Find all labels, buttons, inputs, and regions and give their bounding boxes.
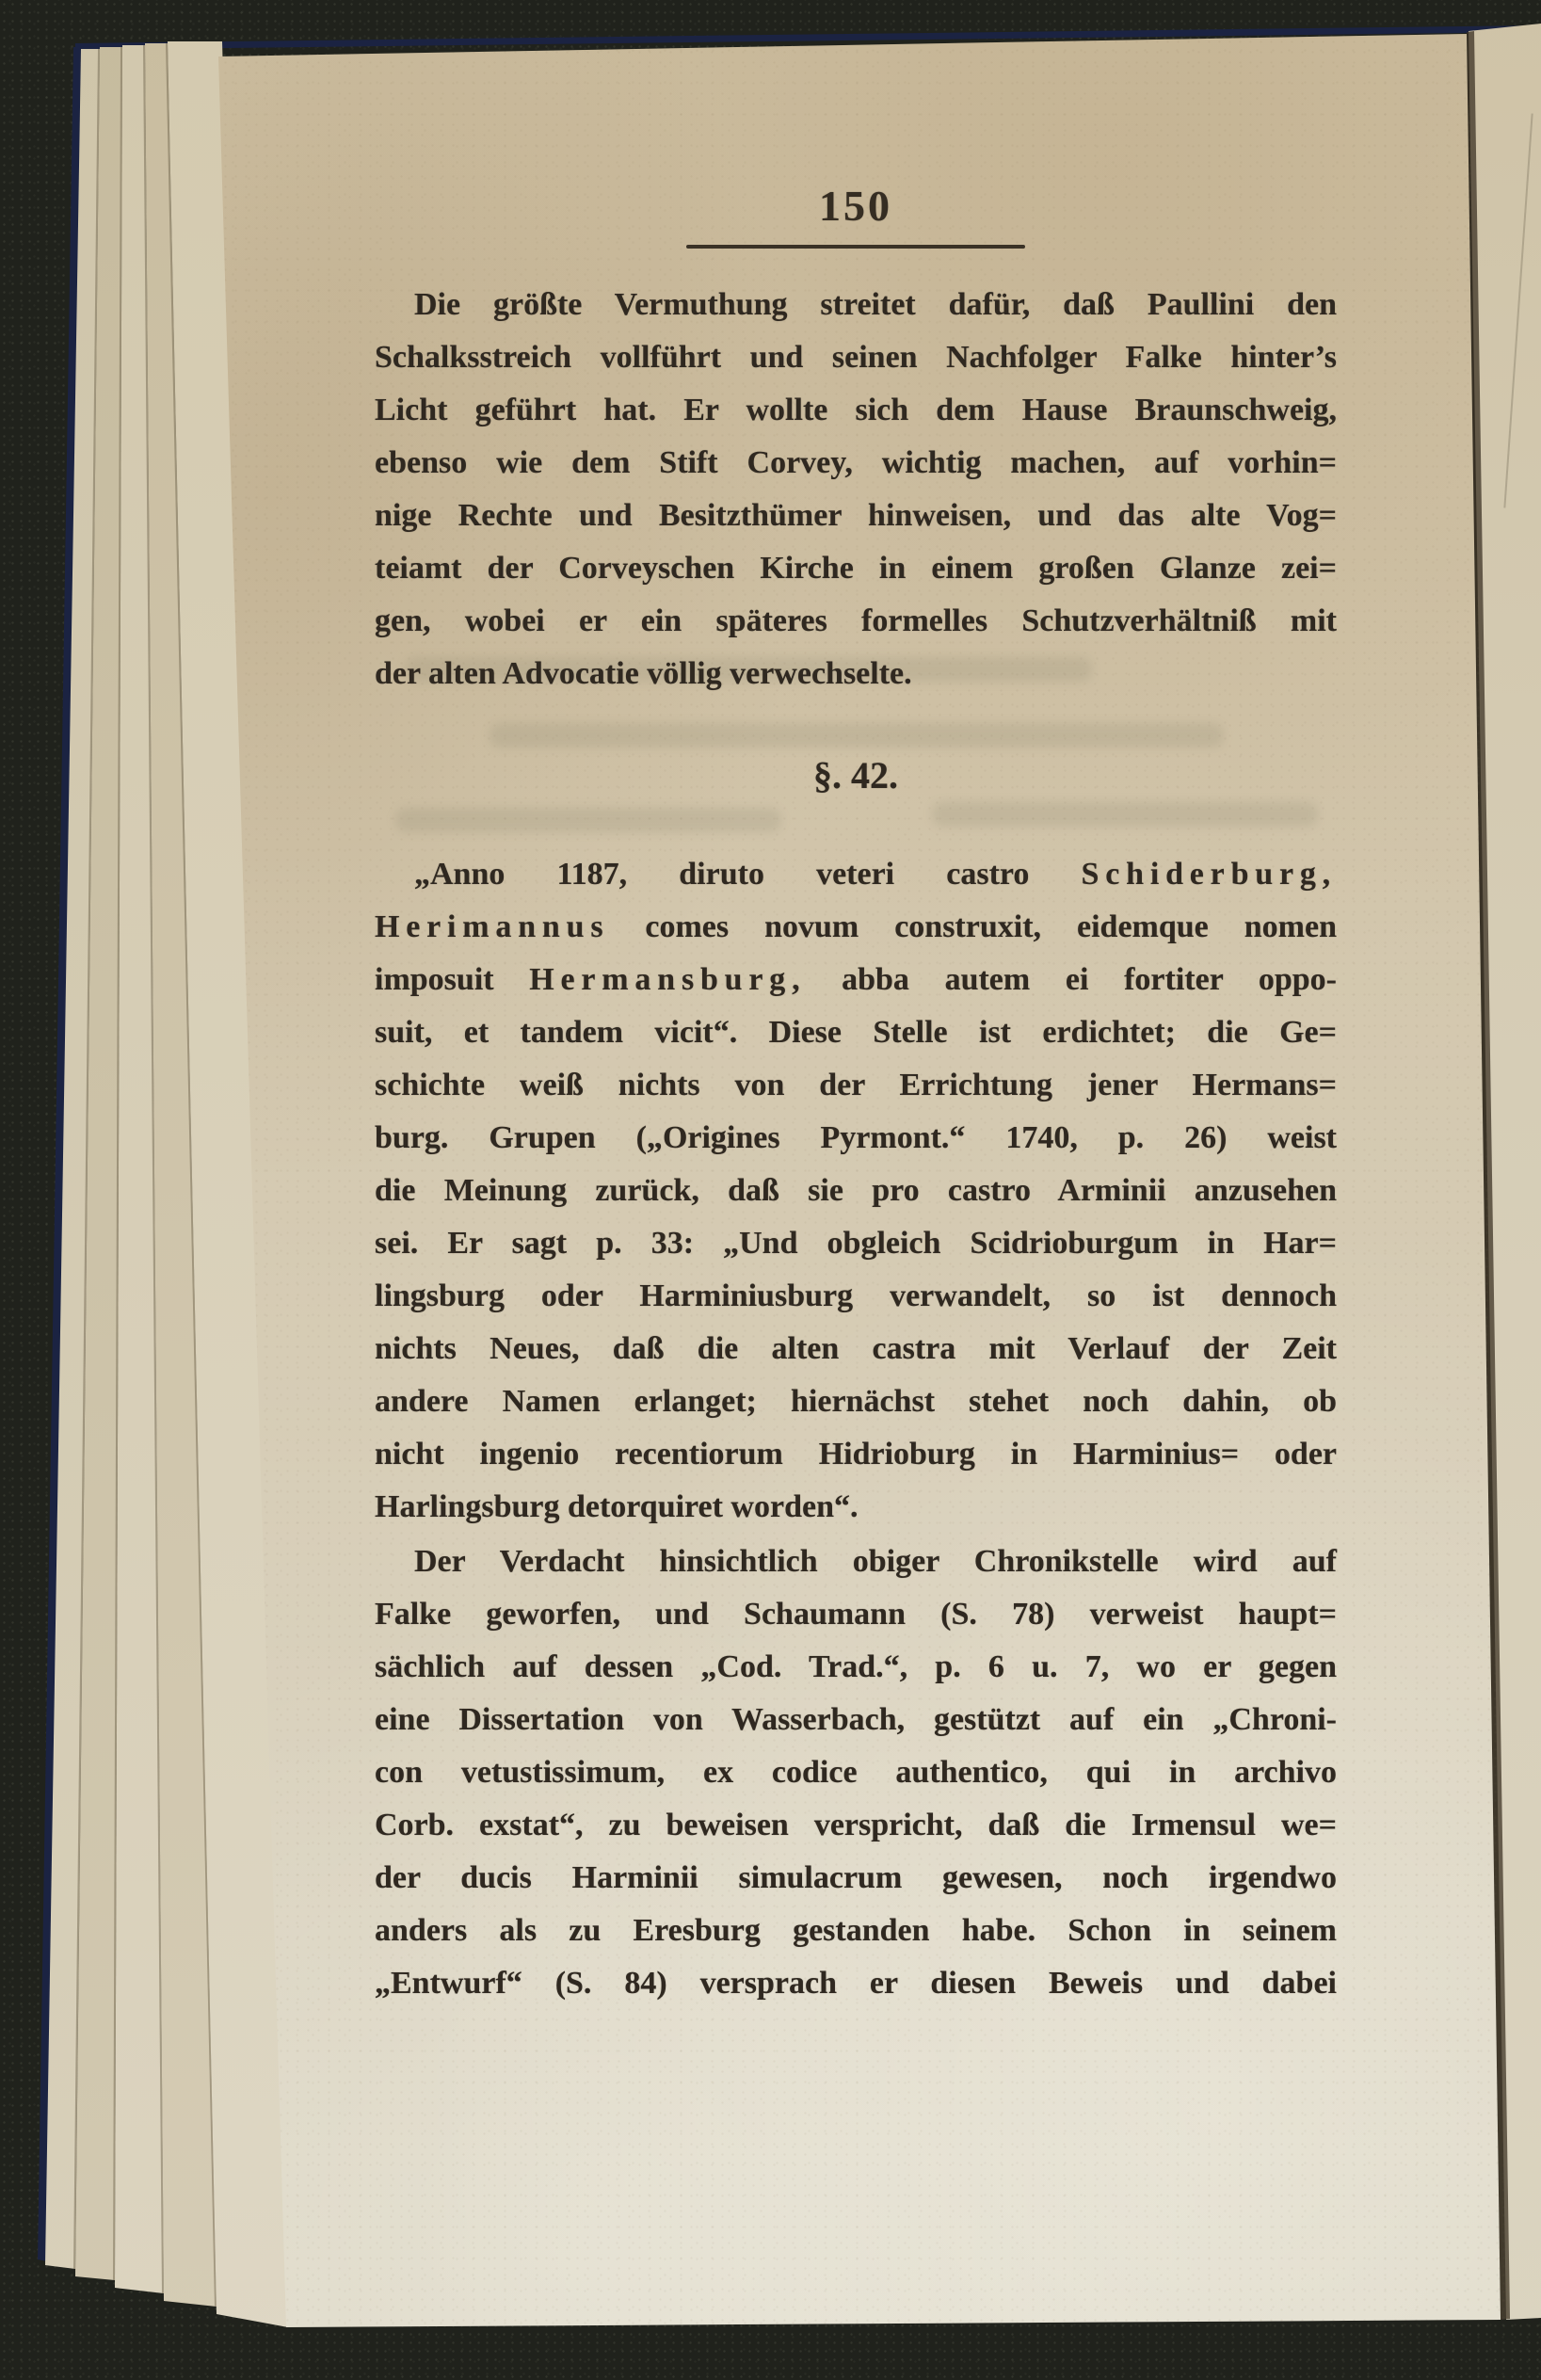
german-text: der [375, 1860, 460, 1895]
german-text: anzusehen [1166, 1173, 1337, 1208]
text-line: andere Namen erlanget; hiernächst stehet… [375, 1375, 1337, 1428]
latin-text: castra [873, 1331, 956, 1366]
paragraph-3: Der Verdacht hinsichtlich obiger Chronik… [375, 1536, 1337, 2010]
header-rule [686, 245, 1025, 249]
german-text: mit Verlauf der Zeit [955, 1331, 1337, 1366]
latin-text: „Anno 1187, diruto veteri castro [414, 857, 1082, 892]
page-number: 150 [375, 181, 1337, 231]
latin-text: „Chroni- [1212, 1702, 1337, 1737]
show-through-smudge [490, 723, 1224, 748]
german-text: gen, wobei er ein späteres formelles Sch… [375, 603, 1337, 638]
spaced-name: Hermansburg, [529, 962, 806, 997]
latin-text: ingenio recentiorum [480, 1437, 783, 1471]
show-through-smudge [932, 802, 1318, 827]
german-text: der alten Advocatie völlig verwechselte. [375, 656, 912, 691]
text-line: der alten Advocatie völlig verwechselte. [375, 648, 1337, 700]
text-line: Harlingsburg detorquiret worden“. [375, 1481, 1337, 1534]
latin-text: con vetustissimum, ex codice authentico,… [375, 1755, 1337, 1790]
latin-text: comes novum construxit, eidemque nomen [609, 909, 1337, 944]
text-line: burg. Grupen („Origines Pyrmont.“ 1740, … [375, 1112, 1337, 1165]
german-text: lingsburg oder Harminiusburg verwandelt,… [375, 1278, 1337, 1313]
text-line: nichts Neues, daß die alten castra mit V… [375, 1323, 1337, 1375]
text-line: „Anno 1187, diruto veteri castro Schider… [375, 848, 1337, 901]
text-line: Corb. exstat“, zu beweisen verspricht, d… [375, 1799, 1337, 1852]
german-text: „Entwurf“ (S. 84) versprach er diesen Be… [375, 1966, 1337, 2001]
text-line: der ducis Harminii simulacrum gewesen, n… [375, 1852, 1337, 1905]
text-line: Herimannus comes novum construxit, eidem… [375, 901, 1337, 954]
paragraph-2: „Anno 1187, diruto veteri castro Schider… [375, 848, 1337, 1534]
text-line: Der Verdacht hinsichtlich obiger Chronik… [375, 1536, 1337, 1588]
text-line: Die größte Vermuthung streitet dafür, da… [375, 279, 1337, 331]
german-text: Der Verdacht hinsichtlich obiger Chronik… [414, 1544, 1337, 1579]
german-text: ebenso wie dem Stift Corvey, wichtig mac… [375, 445, 1337, 480]
german-text: wo er gegen [1109, 1649, 1337, 1684]
spaced-name: Schiderburg, [1082, 857, 1337, 892]
german-text: ) weist [1216, 1120, 1337, 1155]
book-page: 150 Die größte Vermuthung streitet dafür… [218, 34, 1501, 2329]
latin-text: pro castro Arminii [872, 1173, 1165, 1208]
text-line: Schalksstreich vollführt und seinen Nach… [375, 331, 1337, 384]
german-text: nicht [375, 1437, 480, 1471]
german-text: Die größte Vermuthung streitet dafür, da… [414, 287, 1337, 322]
german-text: nige Rechte und Besitzthümer hinweisen, … [375, 498, 1337, 533]
paragraph-0: Die größte Vermuthung streitet dafür, da… [375, 279, 1337, 700]
book-photo: 150 Die größte Vermuthung streitet dafür… [0, 0, 1541, 2380]
text-line: sei. Er sagt p. 33: „Und obgleich Scidri… [375, 1217, 1337, 1270]
text-line: Licht geführt hat. Er wollte sich dem Ha… [375, 384, 1337, 437]
text-line: eine Dissertation von Wasserbach, gestüt… [375, 1694, 1337, 1746]
german-text: sei. Er sagt [375, 1226, 596, 1261]
german-text: Hidrioburg in Harminius= oder [783, 1437, 1337, 1471]
german-text: Schalksstreich vollführt und seinen Nach… [375, 340, 1337, 375]
text-line: sächlich auf dessen „Cod. Trad.“, p. 6 u… [375, 1641, 1337, 1694]
german-text: Licht geführt hat. Er wollte sich dem Ha… [375, 393, 1337, 427]
show-through-smudge [395, 808, 781, 832]
german-text: Harlingsburg detorquiret worden“. [375, 1489, 859, 1524]
german-text: nichts Neues, daß die alten [375, 1331, 873, 1366]
latin-text: Scidrioburgum [971, 1226, 1179, 1261]
text-line: die Meinung zurück, daß sie pro castro A… [375, 1165, 1337, 1217]
german-text: eine Dissertation von Wasserbach, gestüt… [375, 1702, 1212, 1737]
german-text: in Har= [1179, 1226, 1337, 1261]
text-line: nicht ingenio recentiorum Hidrioburg in … [375, 1428, 1337, 1481]
german-text: „Und obgleich [694, 1226, 971, 1261]
german-text: schichte weiß nichts von der Errichtung … [375, 1068, 1337, 1102]
german-text: sächlich auf dessen [375, 1649, 700, 1684]
latin-text: ducis Harminii simulacrum [460, 1860, 902, 1895]
text-line: ebenso wie dem Stift Corvey, wichtig mac… [375, 437, 1337, 490]
german-text: andere Namen erlanget; hiernächst stehet… [375, 1384, 1337, 1419]
text-line: imposuit Hermansburg, abba autem ei fort… [375, 954, 1337, 1006]
latin-text: suit, et tandem vicit“. [375, 1015, 737, 1050]
latin-text: Origines Pyrmont.“ 1740, p. 26 [663, 1120, 1216, 1155]
text-line: suit, et tandem vicit“. Diese Stelle ist… [375, 1006, 1337, 1059]
latin-text: Corb. exstat“, [375, 1808, 584, 1842]
german-text: Diese Stelle ist erdichtet; die Ge= [737, 1015, 1337, 1050]
german-text: zu beweisen verspricht, daß die Irmensul… [584, 1808, 1337, 1842]
text-line: schichte weiß nichts von der Errichtung … [375, 1059, 1337, 1112]
text-line: anders als zu Eresburg gestanden habe. S… [375, 1905, 1337, 1957]
latin-text: imposuit [375, 962, 529, 997]
text-line: gen, wobei er ein späteres formelles Sch… [375, 595, 1337, 648]
latin-text: „Cod. Trad.“, p. 6 u. 7, [700, 1649, 1109, 1684]
german-text: anders als zu Eresburg gestanden habe. S… [375, 1913, 1337, 1948]
text-line: „Entwurf“ (S. 84) versprach er diesen Be… [375, 1957, 1337, 2010]
german-text: burg. Grupen („ [375, 1120, 663, 1155]
text-line: nige Rechte und Besitzthümer hinweisen, … [375, 490, 1337, 542]
text-line: con vetustissimum, ex codice authentico,… [375, 1746, 1337, 1799]
text-line: teiamt der Corveyschen Kirche in einem g… [375, 542, 1337, 595]
spaced-name: Herimannus [375, 909, 609, 944]
text-line: lingsburg oder Harminiusburg verwandelt,… [375, 1270, 1337, 1323]
text-line: Falke geworfen, und Schaumann (S. 78) ve… [375, 1588, 1337, 1641]
latin-text: p. 33: [596, 1226, 694, 1261]
german-text: gewesen, noch irgendwo [902, 1860, 1337, 1895]
german-text: die Meinung zurück, daß sie [375, 1173, 872, 1208]
german-text: teiamt der Corveyschen Kirche in einem g… [375, 551, 1337, 586]
latin-text: abba autem ei fortiter oppo- [806, 962, 1337, 997]
german-text: Falke geworfen, und Schaumann (S. 78) ve… [375, 1597, 1337, 1632]
section-heading: §. 42. [375, 749, 1337, 802]
